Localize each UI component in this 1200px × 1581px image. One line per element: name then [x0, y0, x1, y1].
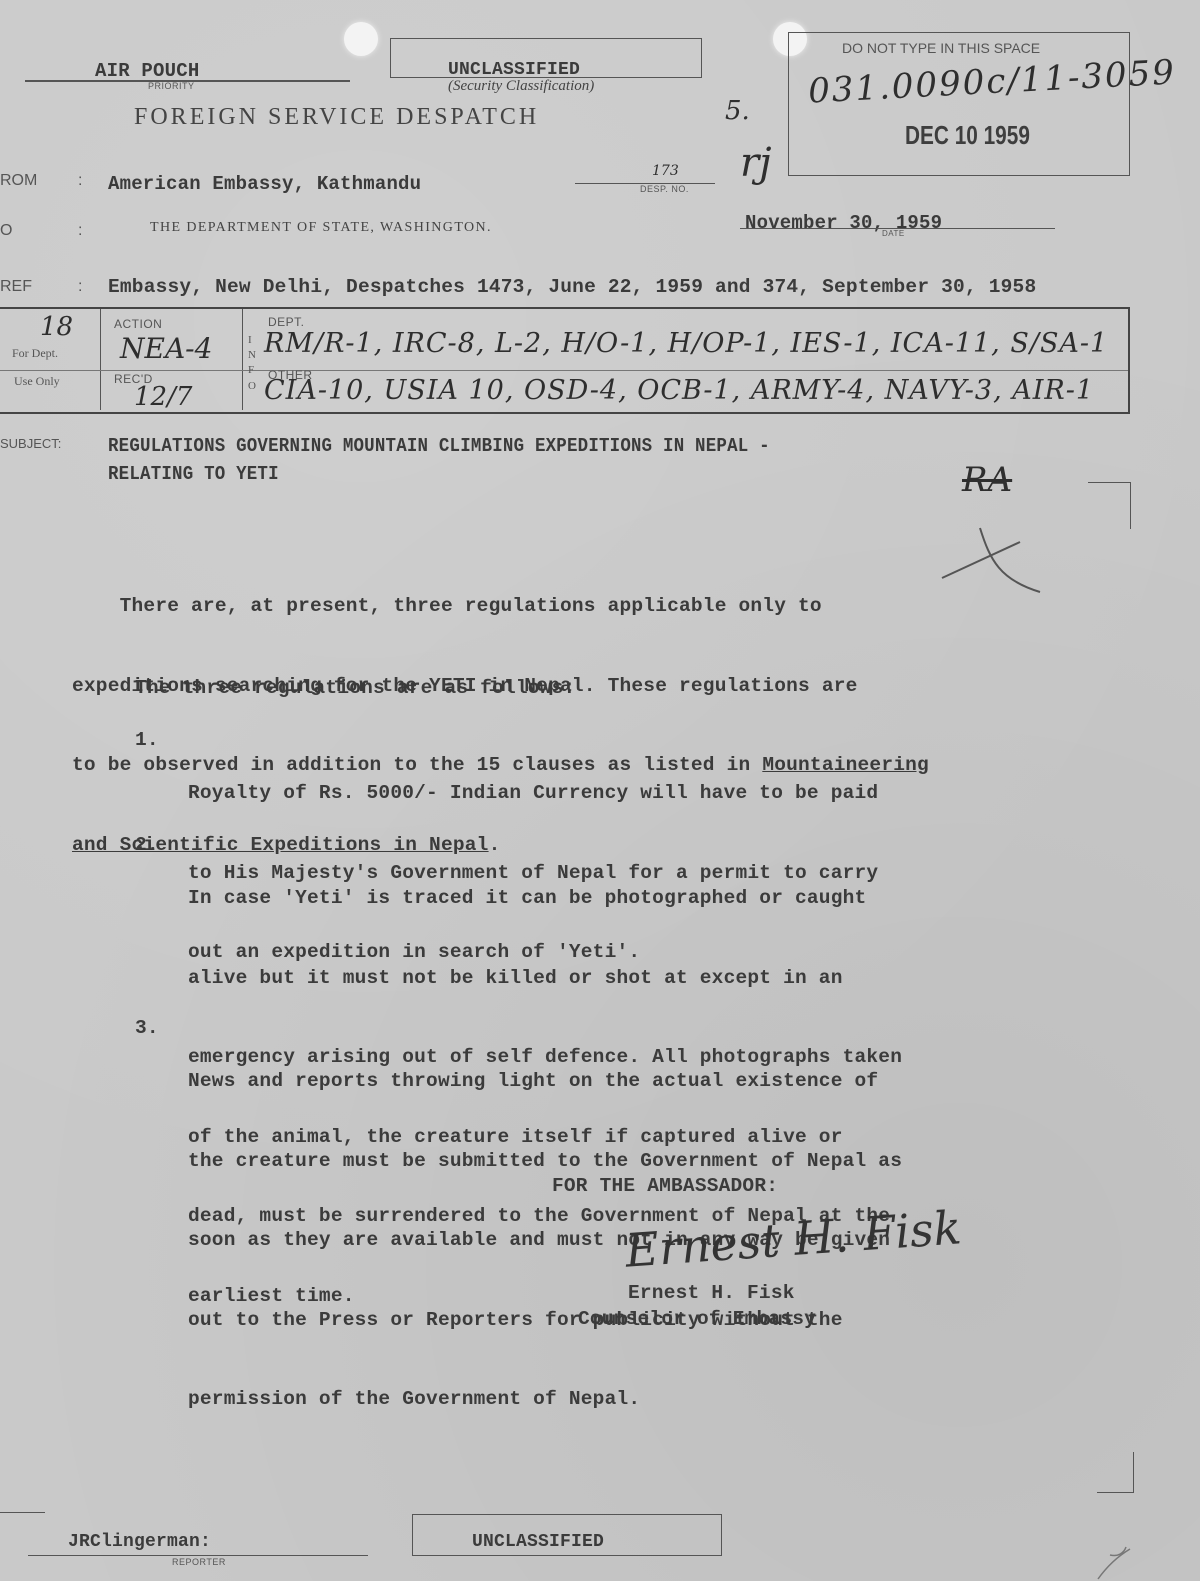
- use-only-label: Use Only: [14, 374, 60, 389]
- margin-mark-5: 5.: [725, 96, 750, 126]
- desp-no-value: 173: [652, 163, 679, 179]
- other-value: CIA-10, USIA 10, OSD-4, OCB-1, ARMY-4, N…: [264, 375, 1094, 406]
- for-dept-label: For Dept.: [12, 346, 58, 361]
- from-label: ROM: [0, 172, 37, 190]
- regulation-number: 1.: [135, 727, 159, 754]
- to-label: O: [0, 222, 12, 240]
- regulation-line: alive but it must not be killed or shot …: [188, 965, 902, 992]
- footer-classification: UNCLASSIFIED: [472, 1532, 604, 1552]
- check-mark-icon: [940, 520, 1050, 600]
- signer-title: Counselor of Embassy: [578, 1306, 816, 1333]
- info-letter-n: N: [248, 349, 256, 361]
- classification-value: UNCLASSIFIED: [448, 60, 580, 80]
- ref-label: REF: [0, 278, 32, 296]
- subject-label: SUBJECT:: [0, 436, 61, 451]
- regulation-number: 2.: [135, 832, 159, 859]
- priority-value: AIR POUCH: [95, 60, 199, 82]
- routing-row-divider: [0, 370, 1128, 371]
- subject-line-1: REGULATIONS GOVERNING MOUNTAIN CLIMBING …: [108, 435, 770, 457]
- regulation-line: the creature must be submitted to the Go…: [188, 1148, 902, 1175]
- stamp-notice: DO NOT TYPE IN THIS SPACE: [842, 40, 1040, 56]
- to-colon: :: [78, 222, 82, 240]
- date-value: November 30, 1959: [745, 212, 942, 234]
- regulations-lead: The three regulations are as follows:: [135, 675, 575, 702]
- classification-label: (Security Classification): [448, 78, 594, 95]
- corner-bracket-top-right: [1088, 482, 1131, 529]
- priority-label: PRIORITY: [148, 81, 195, 91]
- to-value: THE DEPARTMENT OF STATE, WASHINGTON.: [150, 220, 492, 236]
- signer-name: Ernest H. Fisk: [628, 1280, 795, 1307]
- recd-value: 12/7: [134, 382, 192, 412]
- subject-initials: RA: [962, 460, 1012, 500]
- regulation-number: 3.: [135, 1015, 159, 1042]
- dept-label: DEPT.: [268, 315, 305, 329]
- date-stamp: DEC 10 1959: [905, 120, 1030, 151]
- regulation-line: permission of the Government of Nepal.: [188, 1386, 902, 1413]
- dept-value: RM/R-1, IRC-8, L-2, H/O-1, H/OP-1, IES-1…: [264, 328, 1108, 359]
- ref-colon: :: [78, 278, 82, 296]
- desp-no-label: DESP. NO.: [640, 184, 689, 194]
- routing-corner-mark: 18: [40, 312, 73, 342]
- routing-divider-1: [100, 309, 101, 410]
- info-letter-i: I: [248, 334, 252, 346]
- info-letter-o: O: [248, 380, 256, 392]
- action-value: NEA-4: [120, 332, 212, 365]
- reporter-underline: [28, 1555, 368, 1556]
- regulation-line: Royalty of Rs. 5000/- Indian Currency wi…: [188, 780, 878, 807]
- action-label: ACTION: [114, 317, 162, 331]
- corner-bracket-bottom-right: [1097, 1452, 1134, 1493]
- regulation-line: In case 'Yeti' is traced it can be photo…: [188, 885, 902, 912]
- margin-mark-initials: rj: [740, 140, 772, 186]
- routing-divider-2: [242, 309, 243, 410]
- from-value: American Embassy, Kathmandu: [108, 173, 421, 195]
- from-colon: :: [78, 172, 82, 190]
- form-title: FOREIGN SERVICE DESPATCH: [134, 104, 539, 131]
- punch-hole: [344, 22, 378, 56]
- ref-value: Embassy, New Delhi, Despatches 1473, Jun…: [108, 276, 1036, 298]
- info-letter-f: F: [248, 364, 254, 376]
- reporter-value: JRClingerman:: [68, 1532, 211, 1552]
- for-ambassador: FOR THE AMBASSADOR:: [552, 1173, 778, 1200]
- corner-scribble-icon: [1090, 1545, 1140, 1581]
- date-label: DATE: [882, 229, 905, 238]
- reporter-label: REPORTER: [172, 1557, 226, 1567]
- subject-line-2: RELATING TO YETI: [108, 463, 279, 485]
- intro-line: There are, at present, three regulations…: [72, 593, 929, 620]
- regulation-line: News and reports throwing light on the a…: [188, 1068, 902, 1095]
- left-edge-mark: [0, 1512, 45, 1513]
